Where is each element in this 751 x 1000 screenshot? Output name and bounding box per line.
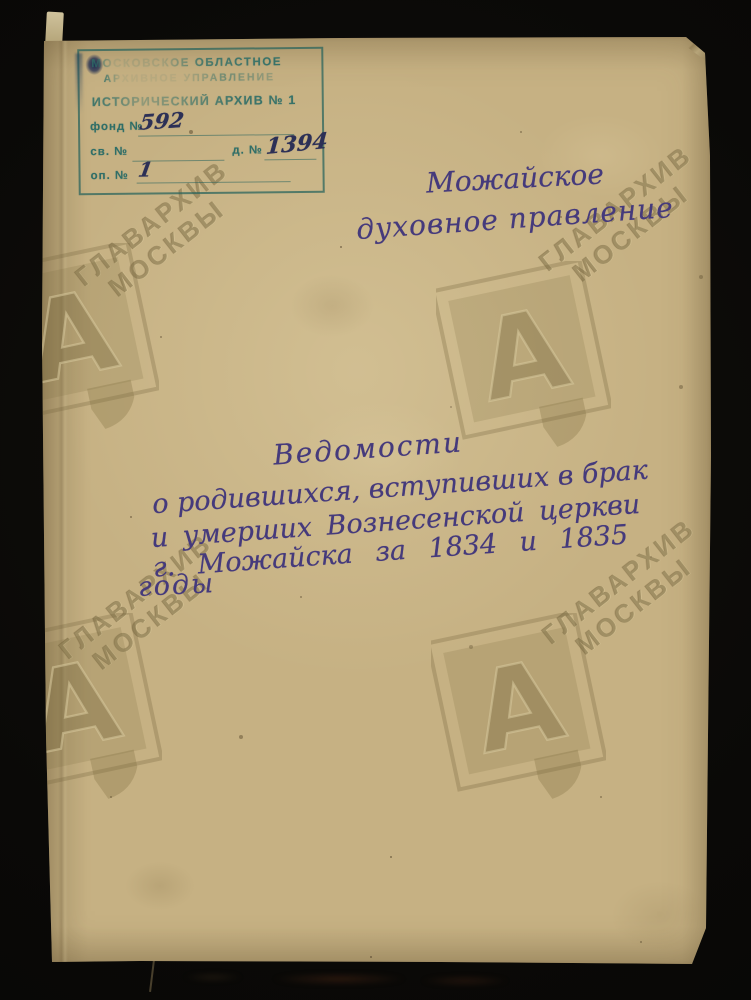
stamp-archive-line: ИСТОРИЧЕСКИЙ АРХИВ № 1 [92,93,297,109]
stamp-rule [137,180,291,184]
handwritten-title-line5: годы [137,568,216,603]
stamp-org-line1: МОСКОВСКОЕ ОБЛАСТНОЕ [91,56,282,70]
stamp-fond-label: фонд № [90,121,143,134]
ink-smudge [75,53,83,113]
watermark-logo: А [0,613,162,820]
folded-corner [672,36,710,64]
watermark-logo: А [431,613,606,820]
watermark-logo: А [0,243,159,450]
document-page: ГЛАВАРХИВ МОСКВЫ А ГЛАВАРХИВ МОСКВЫ А ГЛ… [40,36,712,966]
archive-stamp: МОСКОВСКОЕ ОБЛАСТНОЕ АРХИВНОЕ УПРАВЛЕНИЕ… [77,47,325,196]
scanner-bed-marks [150,970,570,988]
paper-tab [45,12,64,45]
spine-fold [58,36,68,966]
stamp-opis-label: оп. № [91,170,129,182]
stamp-rule [264,158,316,161]
stamp-fond-value: 592 [138,107,185,135]
stamp-sv-label: св. № [90,146,128,158]
stamp-opis-value: 1 [137,157,155,181]
stamp-org-line2: АРХИВНОЕ УПРАВЛЕНИЕ [103,71,275,85]
stamp-delo-label: д. № [232,144,263,156]
stamp-delo-value: 1394 [265,128,329,160]
paper-specks [40,36,42,38]
